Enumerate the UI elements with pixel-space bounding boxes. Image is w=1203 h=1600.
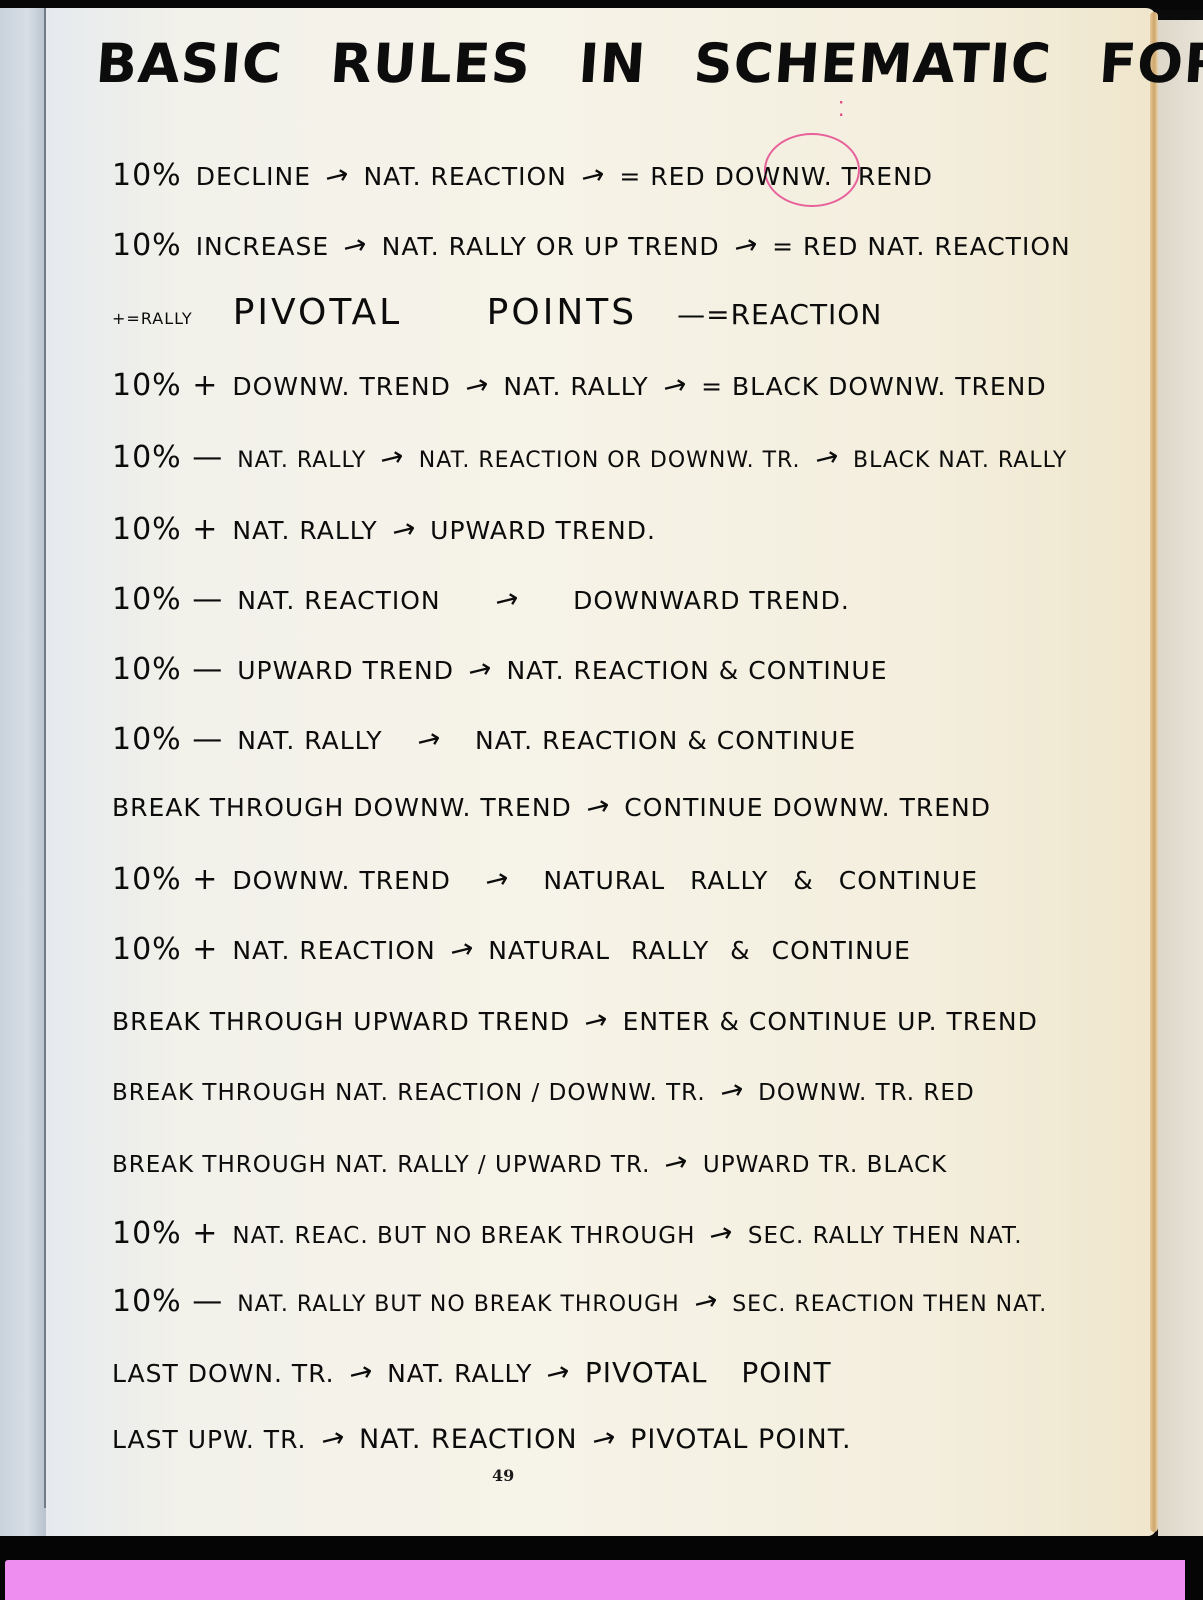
rule-percent: 10% —: [112, 652, 223, 687]
rule-to: SEC. REACTION THEN NAT.: [732, 1292, 1047, 1317]
rule-to: NAT. RALLY: [503, 372, 648, 401]
rule-percent: 10% +: [112, 932, 218, 967]
rule-line: 10% + NAT. REAC. BUT NO BREAK THROUGH → …: [112, 1216, 1023, 1251]
legend-minus-reaction: —=REACTION: [677, 298, 882, 331]
arrow-icon: →: [811, 439, 843, 477]
rule-from: NAT. RALLY: [237, 448, 366, 473]
rule-result: PIVOTAL POINT.: [630, 1424, 852, 1455]
rule-from: NAT. REACTION: [232, 936, 435, 965]
arrow-icon: →: [577, 157, 609, 195]
title-word: BASIC: [94, 32, 285, 95]
rule-from: BREAK THROUGH DOWNW. TREND: [112, 793, 572, 822]
rule-percent: 10% —: [112, 1284, 223, 1319]
rule-from: NAT. RALLY BUT NO BREAK THROUGH: [237, 1292, 680, 1317]
rule-line: 10% — NAT. REACTION → DOWNWARD TREND.: [112, 582, 850, 617]
rule-percent: 10% —: [112, 722, 223, 757]
rule-to: CONTINUE DOWNW. TREND: [624, 793, 991, 822]
arrow-icon: →: [588, 1420, 620, 1458]
title-word: IN: [577, 32, 649, 95]
rule-to: NAT. REACTION OR DOWNW. TR.: [419, 448, 801, 473]
rule-to: NAT. RALLY OR UP TREND: [382, 232, 720, 261]
arrow-icon: →: [690, 1283, 722, 1321]
rule-percent: 10% —: [112, 440, 223, 475]
rule-from: DOWNW. TREND: [232, 372, 450, 401]
arrow-icon: →: [580, 1002, 612, 1040]
arrow-icon: →: [543, 1354, 575, 1392]
rule-from: LAST UPW. TR.: [112, 1425, 307, 1454]
rule-percent: 10%: [112, 158, 182, 193]
rule-result: = RED DOWNW. TREND: [619, 162, 933, 191]
arrow-icon: →: [491, 581, 523, 619]
arrow-icon: →: [340, 227, 372, 265]
rule-from: NAT. RALLY: [232, 516, 377, 545]
rule-to: ENTER & CONTINUE UP. TREND: [623, 1007, 1038, 1036]
rule-line: 10% + NAT. REACTION → NATURAL RALLY & CO…: [112, 932, 911, 967]
rule-from: LAST DOWN. TR.: [112, 1359, 335, 1388]
title-word: RULES: [328, 32, 533, 95]
rule-line: 10% — UPWARD TREND → NAT. REACTION & CON…: [112, 652, 888, 687]
rule-line: 10% + NAT. RALLY → UPWARD TREND.: [112, 512, 656, 547]
arrow-icon: →: [446, 931, 478, 969]
rule-to: SEC. RALLY THEN NAT.: [748, 1223, 1023, 1249]
rule-from: DOWNW. TREND: [232, 866, 450, 895]
rule-line: 10% + DOWNW. TREND → NATURAL RALLY & CON…: [112, 862, 978, 897]
arrow-icon: →: [388, 511, 420, 549]
arrow-icon: →: [706, 1215, 738, 1253]
rule-line: 10% DECLINE → NAT. REACTION → = RED DOWN…: [112, 158, 933, 193]
arrow-icon: →: [413, 721, 445, 759]
arrow-icon: →: [377, 439, 409, 477]
arrow-icon: →: [582, 788, 614, 826]
rule-percent: 10% +: [112, 862, 218, 897]
arrow-icon: →: [461, 367, 493, 405]
arrow-icon: →: [464, 651, 496, 689]
book-binding: [0, 8, 46, 1536]
rule-from: NAT. RALLY: [237, 726, 382, 755]
rule-line: LAST UPW. TR. → NAT. REACTION → PIVOTAL …: [112, 1422, 852, 1455]
rule-line: LAST DOWN. TR. → NAT. RALLY → PIVOTAL PO…: [112, 1356, 832, 1389]
arrow-icon: →: [345, 1354, 377, 1392]
title-word: SCHEMATIC: [692, 32, 1054, 95]
rule-to: UPWARD TREND.: [430, 516, 656, 545]
title-word: FORM:: [1097, 32, 1203, 95]
arrow-icon: →: [716, 1072, 748, 1110]
rule-to: NATURAL RALLY & CONTINUE: [488, 936, 911, 965]
rule-line: BREAK THROUGH NAT. REACTION / DOWNW. TR.…: [112, 1074, 975, 1107]
rule-from: NAT. REACTION: [237, 586, 440, 615]
rule-from: INCREASE: [196, 232, 329, 261]
rule-result: PIVOTAL POINT: [585, 1356, 832, 1389]
rule-line: 10% — NAT. RALLY BUT NO BREAK THROUGH → …: [112, 1284, 1047, 1319]
rule-to: NAT. RALLY: [387, 1359, 532, 1388]
rule-from: UPWARD TREND: [237, 656, 454, 685]
rule-result: BLACK NAT. RALLY: [853, 448, 1067, 473]
rule-percent: 10% +: [112, 368, 218, 403]
rule-line: BREAK THROUGH NAT. RALLY / UPWARD TR. → …: [112, 1146, 947, 1179]
rule-to: NAT. REACTION & CONTINUE: [506, 656, 887, 685]
rule-to: UPWARD TR. BLACK: [703, 1152, 947, 1178]
rule-from: BREAK THROUGH UPWARD TREND: [112, 1007, 570, 1036]
rule-result: = RED NAT. REACTION: [772, 232, 1071, 261]
arrow-icon: →: [730, 227, 762, 265]
rule-line: 10% — NAT. RALLY → NAT. REACTION OR DOWN…: [112, 440, 1067, 475]
arrow-icon: →: [317, 1420, 349, 1458]
rule-to: NAT. REACTION & CONTINUE: [475, 726, 856, 755]
rule-from: NAT. REAC. BUT NO BREAK THROUGH: [232, 1223, 695, 1249]
underlying-page: [1158, 20, 1203, 1540]
arrow-icon: →: [661, 1144, 693, 1182]
rule-to: DOWNW. TR. RED: [758, 1080, 975, 1106]
rule-from: DECLINE: [196, 162, 311, 191]
legend-heading: PIVOTAL POINTS: [233, 292, 637, 333]
arrow-icon: →: [321, 157, 353, 195]
pivotal-points-legend: +=RALLY PIVOTAL POINTS —=REACTION: [112, 292, 882, 333]
rule-percent: 10% —: [112, 582, 223, 617]
rule-percent: 10% +: [112, 512, 218, 547]
rule-result: = BLACK DOWNW. TREND: [701, 372, 1047, 401]
rule-line: 10% + DOWNW. TREND → NAT. RALLY → = BLAC…: [112, 368, 1047, 403]
rule-line: BREAK THROUGH DOWNW. TREND → CONTINUE DO…: [112, 790, 991, 823]
rule-line: BREAK THROUGH UPWARD TREND → ENTER & CON…: [112, 1004, 1038, 1037]
rule-percent: 10% +: [112, 1216, 218, 1251]
arrow-icon: →: [481, 861, 513, 899]
rule-line: 10% INCREASE → NAT. RALLY OR UP TREND → …: [112, 228, 1071, 263]
legend-plus-rally: +=RALLY: [112, 309, 193, 328]
pink-annotation-dots: ⁚: [838, 102, 844, 116]
rule-to: NATURAL RALLY & CONTINUE: [543, 866, 978, 895]
page-number: 49: [492, 1466, 514, 1485]
arrow-icon: →: [659, 367, 691, 405]
page-title: BASIC RULES IN SCHEMATIC FORM:: [94, 32, 1098, 95]
page-edge: [1150, 12, 1158, 1532]
rule-from: BREAK THROUGH NAT. RALLY / UPWARD TR.: [112, 1152, 650, 1178]
rule-to: NAT. REACTION: [363, 162, 566, 191]
rule-line: 10% — NAT. RALLY → NAT. REACTION & CONTI…: [112, 722, 856, 757]
rule-to: NAT. REACTION: [359, 1424, 578, 1455]
rule-from: BREAK THROUGH NAT. REACTION / DOWNW. TR.: [112, 1080, 706, 1106]
rule-to: DOWNWARD TREND.: [573, 586, 850, 615]
rule-percent: 10%: [112, 228, 182, 263]
pink-background-strip: [5, 1560, 1185, 1600]
